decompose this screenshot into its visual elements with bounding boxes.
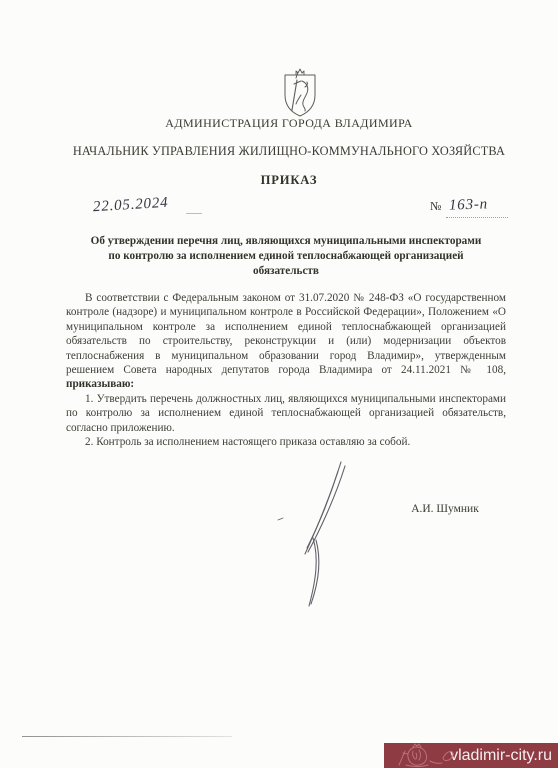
document-title: Об утверждении перечня лиц, являющихся м… [66,234,506,279]
document-number: № 163-п [430,196,525,214]
document-title-line: Об утверждении перечня лиц, являющихся м… [66,234,506,249]
watermark-lion-icon [386,743,470,768]
date-handwritten: 22.05.2024 [93,195,169,217]
body-paragraph-text: В соответствии с Федеральным законом от … [66,292,506,376]
order-item-2: 2. Контроль за исполнением настоящего пр… [66,435,506,449]
number-dotted-underline [446,216,508,218]
document-title-line: по контролю за исполнением единой теплос… [66,249,506,264]
body-paragraph-bold-word: приказываю: [66,378,134,390]
vladimir-coat-of-arms-icon [281,64,319,118]
document-body: В соответствии с Федеральным законом от … [66,291,506,449]
order-item-1: 1. Утвердить перечень должностных лиц, я… [66,392,506,435]
number-handwritten: 163-п [449,196,489,214]
scanned-order-document: АДМИНИСТРАЦИЯ ГОРОДА ВЛАДИМИРА НАЧАЛЬНИК… [0,0,558,768]
body-paragraph: В соответствии с Федеральным законом от … [66,291,506,392]
department-name: НАЧАЛЬНИК УПРАВЛЕНИЯ ЖИЛИЩНО-КОММУНАЛЬНО… [56,144,522,159]
signer-name: А.И. Шумник [372,503,518,515]
organization-name: АДМИНИСТРАЦИЯ ГОРОДА ВЛАДИМИРА [66,116,512,131]
date-underline-mark [186,213,202,214]
signature-autograph [270,458,352,608]
watermark-banner: vladimir-city.ru [384,743,558,768]
document-type-title: ПРИКАЗ [66,173,512,188]
number-sign-label: № [430,199,441,214]
scan-artifact-line [22,736,232,737]
document-title-line: обязательств [66,264,506,279]
